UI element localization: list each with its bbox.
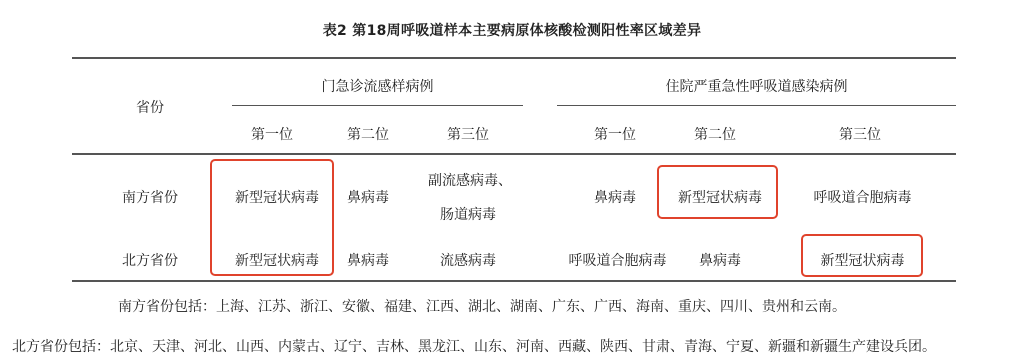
- inpatient-group-rule: [557, 105, 956, 106]
- row-north-inpatient-2: 鼻病毒: [670, 250, 770, 270]
- table-bottom-rule: [72, 280, 956, 282]
- note-north-provinces: 北方省份包括：北京、天津、河北、山西、内蒙古、辽宁、吉林、黑龙江、山东、河南、西…: [12, 336, 936, 356]
- row-south-outpatient-2: 鼻病毒: [328, 187, 408, 207]
- row-south-outpatient-3a: 副流感病毒、: [418, 170, 538, 190]
- table-title: 表2 第18周呼吸道样本主要病原体核酸检测阳性率区域差异: [0, 20, 1024, 40]
- rank-header-outpatient-2: 第二位: [328, 124, 408, 144]
- outpatient-group-rule: [232, 105, 523, 106]
- rank-header-inpatient-3: 第三位: [810, 124, 910, 144]
- highlight-box-south-inpatient-second: [657, 165, 778, 219]
- row-header-province: 省份: [100, 97, 200, 117]
- table-top-rule: [72, 57, 956, 59]
- rank-header-outpatient-1: 第一位: [222, 124, 322, 144]
- row-south-province: 南方省份: [100, 187, 200, 207]
- row-north-inpatient-1: 呼吸道合胞病毒: [555, 250, 680, 270]
- group-header-outpatient: 门急诊流感样病例: [232, 76, 523, 96]
- highlight-box-north-inpatient-third: [801, 234, 923, 277]
- note-south-provinces: 南方省份包括：上海、江苏、浙江、安徽、福建、江西、湖北、湖南、广东、广西、海南、…: [118, 296, 846, 316]
- rank-header-inpatient-2: 第二位: [665, 124, 765, 144]
- row-north-outpatient-3: 流感病毒: [418, 250, 518, 270]
- row-north-province: 北方省份: [100, 250, 200, 270]
- group-header-inpatient: 住院严重急性呼吸道感染病例: [557, 76, 956, 96]
- rank-header-inpatient-1: 第一位: [555, 124, 675, 144]
- row-north-outpatient-2: 鼻病毒: [328, 250, 408, 270]
- highlight-box-outpatient-first: [210, 159, 334, 276]
- row-south-inpatient-3: 呼吸道合胞病毒: [800, 187, 925, 207]
- row-south-outpatient-3b: 肠道病毒: [418, 204, 518, 224]
- header-bottom-rule: [72, 153, 956, 155]
- rank-header-outpatient-3: 第三位: [418, 124, 518, 144]
